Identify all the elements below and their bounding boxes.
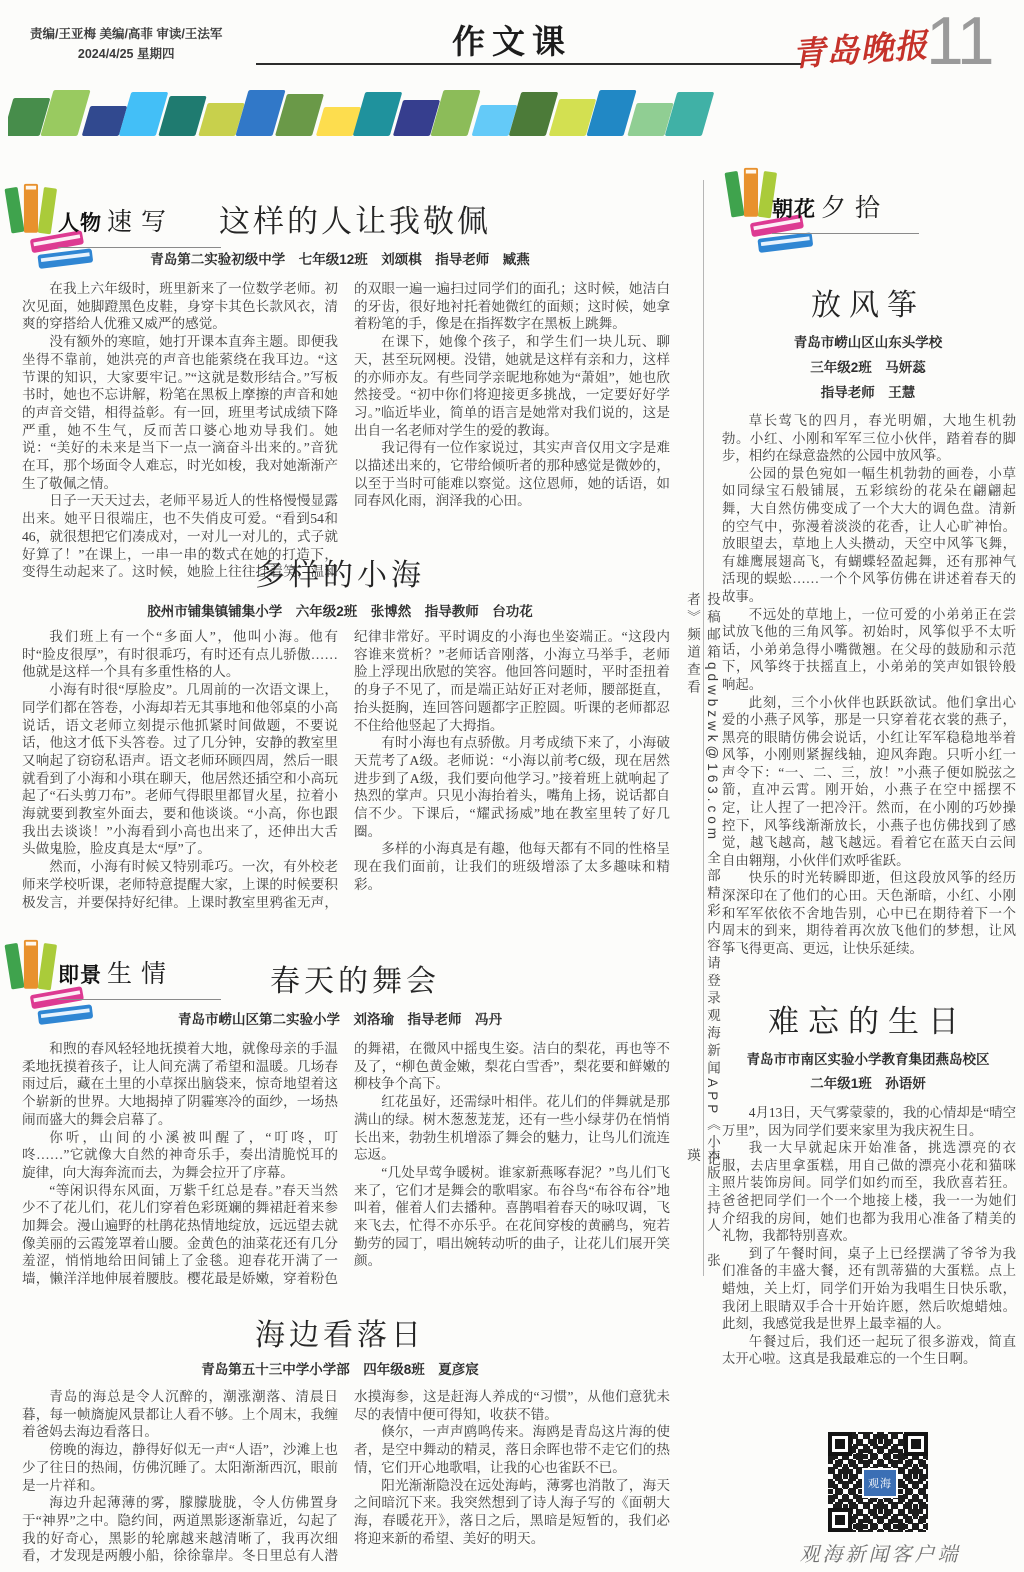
byline-line: 青岛市崂山区山东头学校 (720, 330, 1016, 355)
paragraph: 我们班上有一个“多面人”，他叫小海。他有时“脸皮很厚”，有时很乖巧，有时还有点儿… (22, 628, 338, 681)
article-byline-fengzheng: 青岛市崂山区山东头学校 三年级2班 马妍蕊 指导老师 王慧 (720, 330, 1016, 405)
paragraph: 红花虽好，还需绿叶相伴。花儿们的伴舞就是那满山的绿。树木葱葱茏茏，还有一些小绿芽… (354, 1093, 670, 1164)
paragraph: 我一大早就起床开始准备，挑选漂亮的衣服，去店里拿蛋糕，用自己做的漂亮小花和猫咪照… (722, 1139, 1016, 1245)
section-label-zhaohua-xishi: 朝花 夕拾 (772, 188, 919, 234)
article-byline-luori: 青岛第五十三中学小学部 四年级8班 夏彦宸 (10, 1358, 670, 1378)
paragraph: 小海有时很“厚脸皮”。几周前的一次语文课上，同学们都在答卷，小海却若无其事地和他… (22, 681, 338, 858)
article-title-shengri: 难忘的生日 (720, 996, 1016, 1041)
article-body-xiaohai: 我们班上有一个“多面人”，他叫小海。他有时“脸皮很厚”，有时很乖巧，有时还有点儿… (22, 628, 670, 926)
byline-line: 二年级1班 孙语妍 (720, 1072, 1016, 1096)
qr-finder (828, 1508, 852, 1532)
page-host-note: 本版主持人 张瑛 (682, 1148, 722, 1278)
byline-line: 青岛市市南区实验小学教育集团燕岛校区 (720, 1048, 1016, 1072)
section-label-bold: 人物 (58, 207, 102, 237)
paragraph: 不远处的草地上，一位可爱的小弟弟正在尝试放飞他的三角风筝。初始时，风筝似乎不太听… (722, 606, 1016, 694)
article-title-jingpei: 这样的人让我敬佩 (140, 196, 570, 241)
paragraph: 多样的小海真是有趣，他每天都有不同的性格呈现在我们面前，让我们的班级增添了太多趣… (354, 840, 670, 893)
qr-code: 观海 (828, 1432, 928, 1532)
paragraph: 倏尔，一声声鸥鸣传来。海鸥是青岛这片海的使者，是空中舞动的精灵，落日余晖也带不走… (354, 1423, 670, 1476)
paragraph: 有时小海也有点骄傲。月考成绩下来了，小海破天荒考了A级。老师说：“小海以前考C级… (354, 734, 670, 840)
paragraph: 你听，山间的小溪被叫醒了，“叮咚，叮咚……”它就像大自然的神奇乐手，奏出清脆悦耳… (22, 1129, 338, 1182)
section-label-bold: 朝花 (772, 193, 816, 223)
article-body-jingpei: 在我上六年级时，班里新来了一位数学老师。初次见面，她脚蹬黑色皮鞋，身穿卡其色长款… (22, 280, 670, 590)
header-rule (256, 63, 802, 65)
paragraph: 此刻，三个小伙伴也跃跃欲试。他们拿出心爱的小燕子风筝，那是一只穿着花衣裳的燕子，… (722, 694, 1016, 870)
section-label-light: 夕拾 (821, 188, 889, 224)
section-label-bold: 即景 (58, 959, 102, 989)
paragraph: 我记得有一位作家说过，其实声音仅用文字是难以描述出来的，它带给倾听者的那种感觉是… (354, 439, 670, 510)
watercolor-stripe (8, 88, 714, 136)
article-body-luori: 青岛的海总是令人沉醉的，潮涨潮落、清晨日暮，每一帧旖旎风景都让人看不够。上个周末… (22, 1388, 670, 1572)
newspaper-page: 责编/王亚梅 美编/高菲 审读/王法军 2024/4/25 星期四 作文课 青岛… (0, 0, 1024, 1572)
paragraph: 4月13日，天气雾蒙蒙的，我的心情却是“晴空万里”，因为同学们要来家里为我庆祝生… (722, 1104, 1016, 1139)
byline-line: 指导老师 王慧 (720, 380, 1016, 405)
article-title-luori: 海边看落日 (10, 1310, 670, 1354)
article-byline-shengri: 青岛市市南区实验小学教育集团燕岛校区 二年级1班 孙语妍 (720, 1048, 1016, 1096)
page-number: 11 (926, 2, 993, 80)
article-title-xiaohai: 多样的小海 (10, 550, 670, 594)
paragraph: 午餐过后，我们还一起玩了很多游戏，简直太开心啦。这真是我最难忘的一个生日啊。 (722, 1333, 1016, 1368)
paragraph: 到了午餐时间，桌子上已经摆满了爷爷为我们准备的丰盛大餐，还有凯蒂猫的大蛋糕。点上… (722, 1245, 1016, 1333)
article-body-shengri: 4月13日，天气雾蒙蒙的，我的心情却是“晴空万里”，因为同学们要来家里为我庆祝生… (722, 1104, 1016, 1424)
submission-note: 投稿邮箱qdwbzwk@163.com 全部精彩内容请登录观海新闻APP《小记者… (682, 592, 722, 1172)
paragraph: 在课下，她像个孩子，和学生们一块儿玩、聊天，甚至玩网梗。没错，她就是这样有亲和力… (354, 333, 670, 439)
paragraph: 青岛的海总是令人沉醉的，潮涨潮落、清晨日暮，每一帧旖旎风景都让人看不够。上个周末… (22, 1388, 338, 1441)
paragraph: 阳光渐渐隐没在远处海屿，薄雾也消散了，海天之间暗沉下来。我突然想到了诗人海子写的… (354, 1477, 670, 1548)
paragraph: 傍晚的海边，静得好似无一声“人语”，沙滩上也少了往日的热闹，仿佛沉睡了。太阳渐渐… (22, 1441, 338, 1494)
paragraph: 和煦的春风轻轻地抚摸着大地，就像母亲的手温柔地抚摸着孩子，让人间充满了希望和温暖… (22, 1040, 338, 1129)
paragraph: “几处早莺争暖树。谁家新燕啄春泥？”鸟儿们飞来了，它们才是舞会的歌唱家。布谷鸟“… (354, 1164, 670, 1270)
qr-finder (828, 1432, 852, 1456)
article-byline-xiaohai: 胶州市铺集镇铺集小学 六年级2班 张博然 指导教师 台功花 (10, 600, 670, 620)
qr-finder (904, 1432, 928, 1456)
paragraph: 公园的景色宛如一幅生机勃勃的画卷，小草如同绿宝石般铺展，五彩缤纷的花朵在翩翩起舞… (722, 465, 1016, 606)
paragraph: 快乐的时光转瞬即逝，但这段放风筝的经历深深印在了他们的心田。天色渐暗，小红、小刚… (722, 869, 1016, 957)
paragraph: 没有额外的寒暄，她打开课本直奔主题。即便我坐得不靠前，她洪亮的声音也能萦绕在我耳… (22, 333, 338, 492)
paragraph: 草长莺飞的四月，春光明媚，大地生机勃勃。小红、小刚和军军三位小伙伴，踏着春的脚步… (722, 412, 1016, 465)
byline-line: 三年级2班 马妍蕊 (720, 355, 1016, 380)
article-body-wuhui: 和煦的春风轻轻地抚摸着大地，就像母亲的手温柔地抚摸着孩子，让人间充满了希望和温暖… (22, 1040, 670, 1302)
paragraph: 在我上六年级时，班里新来了一位数学老师。初次见面，她脚蹬黑色皮鞋，身穿卡其色长款… (22, 280, 338, 333)
article-title-wuhui: 春天的舞会 (140, 956, 570, 1000)
qr-center-logo: 观海 (862, 1468, 898, 1498)
article-byline-wuhui: 青岛市崂山区第二实验小学 刘洛瑜 指导老师 冯丹 (10, 1008, 670, 1028)
newspaper-name: 青岛晚报 (791, 19, 930, 75)
article-body-fengzheng: 草长莺飞的四月，春光明媚，大地生机勃勃。小红、小刚和军军三位小伙伴，踏着春的脚步… (722, 412, 1016, 978)
qr-caption: 观海新闻客户端 (780, 1538, 980, 1567)
article-title-fengzheng: 放风筝 (720, 280, 1016, 324)
article-byline-jingpei: 青岛第二实验初级中学 七年级12班 刘颂棋 指导老师 臧燕 (10, 248, 670, 268)
